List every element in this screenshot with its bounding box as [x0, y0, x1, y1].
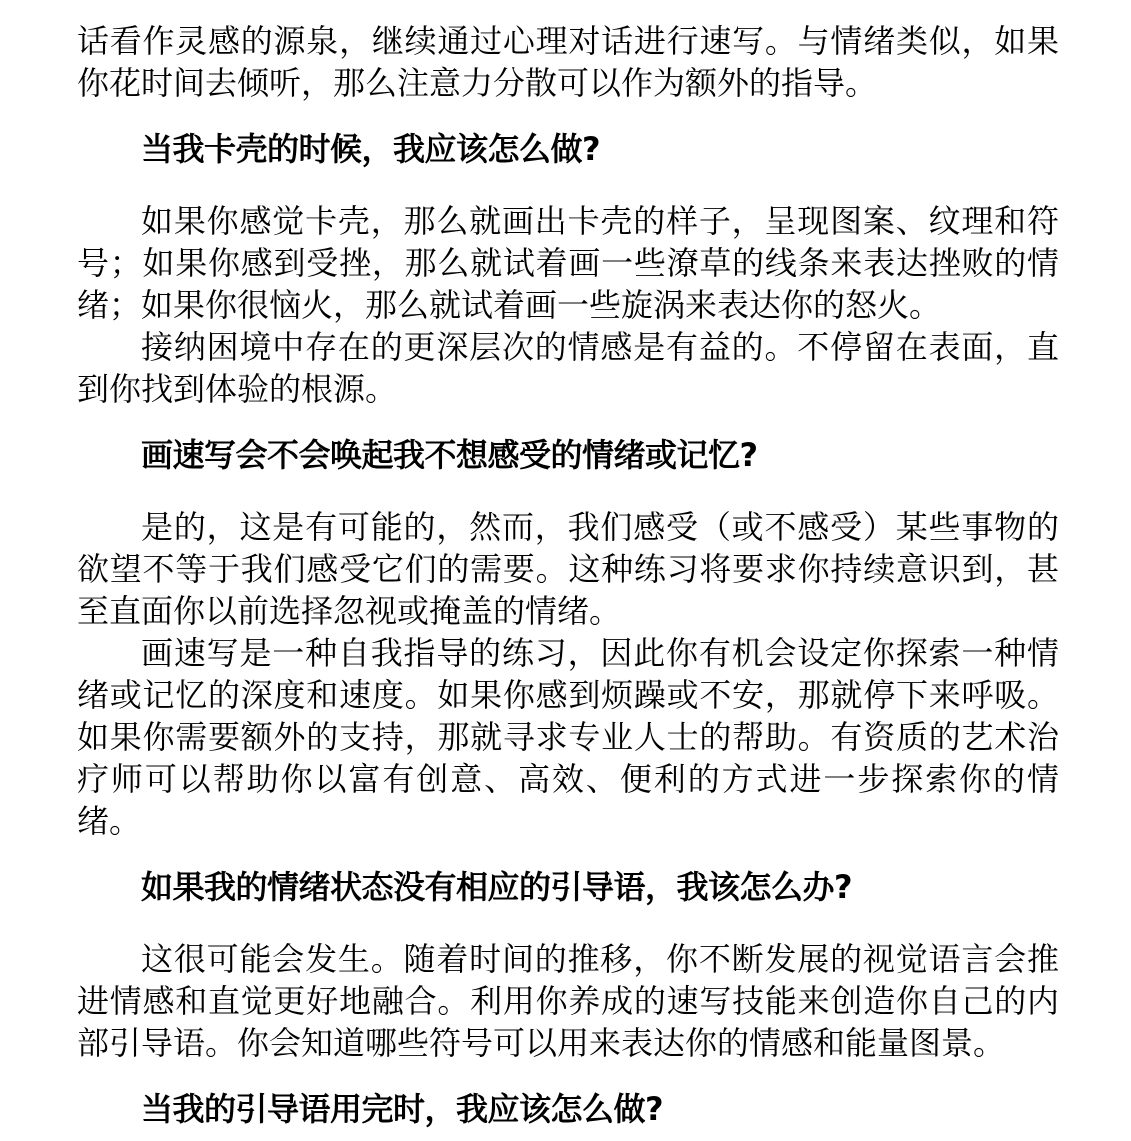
body-paragraph-continuation: 话看作灵感的源泉，继续通过心理对话进行速写。与情绪类似，如果你花时间去倾听，那么… [77, 20, 1059, 104]
document-page: 话看作灵感的源泉，继续通过心理对话进行速写。与情绪类似，如果你花时间去倾听，那么… [0, 0, 1131, 1141]
body-paragraph: 如果你感觉卡壳，那么就画出卡壳的样子，呈现图案、纹理和符号；如果你感到受挫，那么… [77, 200, 1059, 326]
section-heading-stuck: 当我卡壳的时候，我应该怎么做? [77, 128, 1059, 170]
section-heading-unwanted-emotions: 画速写会不会唤起我不想感受的情绪或记忆? [77, 434, 1059, 476]
body-paragraph: 这很可能会发生。随着时间的推移，你不断发展的视觉语言会推进情感和直觉更好地融合。… [77, 938, 1059, 1064]
section-heading-no-matching-prompt: 如果我的情绪状态没有相应的引导语，我该怎么办? [77, 866, 1059, 908]
section-heading-prompts-run-out: 当我的引导语用完时，我应该怎么做? [77, 1088, 1059, 1130]
body-paragraph: 画速写是一种自我指导的练习，因此你有机会设定你探索一种情绪或记忆的深度和速度。如… [77, 632, 1059, 842]
body-paragraph: 是的，这是有可能的，然而，我们感受（或不感受）某些事物的欲望不等于我们感受它们的… [77, 506, 1059, 632]
body-paragraph: 接纳困境中存在的更深层次的情感是有益的。不停留在表面，直到你找到体验的根源。 [77, 326, 1059, 410]
